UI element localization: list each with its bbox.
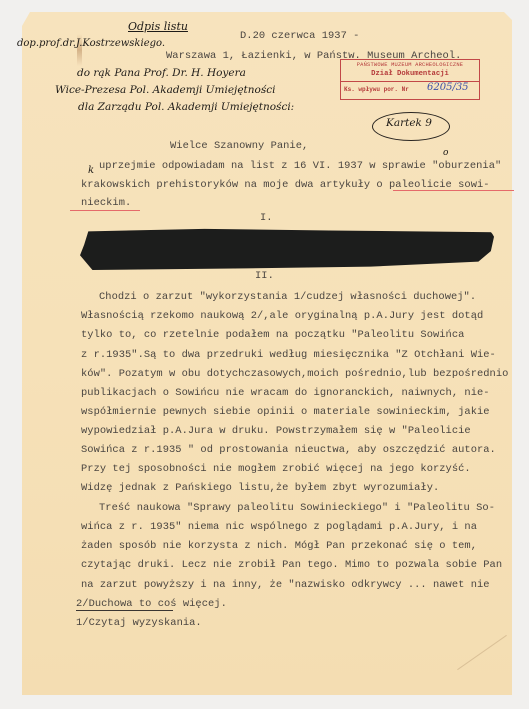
handwritten-addressee-3: dla Zarządu Pol. Akademji Umiejętności: — [78, 101, 294, 113]
stamp-department: Dział Dokumentacji — [341, 70, 479, 78]
body-line: Treść naukowa "Sprawy paleolitu Sowiniec… — [99, 502, 495, 514]
intro-line-3: nieckim. — [81, 197, 131, 209]
section-heading-1: I. — [260, 212, 273, 224]
stamp-register-label: Ks. wpływu por. Nr — [344, 86, 409, 93]
handwritten-addressee-1: do rąk Pana Prof. Dr. H. Hoyera — [77, 67, 246, 79]
body-line: Chodzi o zarzut "wykorzystania 1/cudzej … — [99, 291, 476, 303]
red-underline-1 — [393, 190, 514, 191]
body-line: współmiernie pewnych siebie opinii o mat… — [81, 406, 490, 418]
salutation: Wielce Szanowny Panie, — [170, 140, 308, 152]
body-line: czytając druki. Lecz nie zrobił Pan tego… — [81, 559, 502, 571]
body-line: Widzę jednak z Pańskiego listu,że byłem … — [81, 482, 439, 494]
card-count-label: Kartek 9 — [386, 117, 432, 129]
handwritten-recipient-note: dop.prof.dr.J.Kostrzewskiego. — [17, 38, 165, 49]
handwritten-addressee-2: Wice-Prezesa Pol. Akademji Umiejętności — [55, 84, 275, 96]
body-line: wińca z r. 1935" niema nic wspólnego z p… — [81, 521, 477, 533]
footnote-2: 2/Duchowa to coś więcej. — [76, 598, 227, 610]
correction-mark: o — [443, 148, 448, 158]
body-line: Sowińca z r.1935 " od prostowania nieuct… — [81, 444, 496, 456]
handwritten-copy-note: Odpis listu — [128, 20, 188, 33]
body-line: tylko to, co rzetelnie podałem na począt… — [81, 329, 464, 341]
intro-line-1: uprzejmie odpowiadam na list z 16 VI. 19… — [99, 160, 501, 172]
red-underline-2 — [70, 210, 140, 211]
redaction-bar — [80, 228, 495, 270]
body-line: wypowiedział p.A.Jura w druku. Powstrzym… — [81, 425, 471, 437]
body-line: Własnością rzekomo naukową 2/,ale orygin… — [81, 310, 483, 322]
footnote-1: 1/Czytaj wyzyskania. — [76, 617, 202, 629]
date-line: D.20 czerwca 1937 - — [240, 30, 359, 42]
body-line: żaden sposób nie korzysta z nich. Mógł P… — [81, 540, 477, 552]
section-heading-2: II. — [255, 270, 274, 282]
body-line: ków". Pozatym w obu dotychczasowych,moic… — [81, 368, 508, 380]
footnote-underline — [76, 610, 173, 611]
archive-stamp: PAŃSTWOWE MUZEUM ARCHEOLOGICZNE Dział Do… — [340, 59, 480, 100]
body-line: publikacjach o Sowińcu nie wracam do ign… — [81, 387, 490, 399]
body-line: z r.1935".Są to dwa przedruki według mie… — [81, 349, 496, 361]
margin-mark: k — [88, 165, 94, 176]
stamp-institution: PAŃSTWOWE MUZEUM ARCHEOLOGICZNE — [341, 62, 479, 68]
paper-crease — [457, 635, 507, 670]
stamp-register-number: 6205/35 — [427, 82, 469, 93]
body-line: Przy tej sposobności nie mogłem zrobić w… — [81, 463, 471, 475]
body-line: na zarzut powyższy i na inny, że "nazwis… — [81, 579, 490, 591]
